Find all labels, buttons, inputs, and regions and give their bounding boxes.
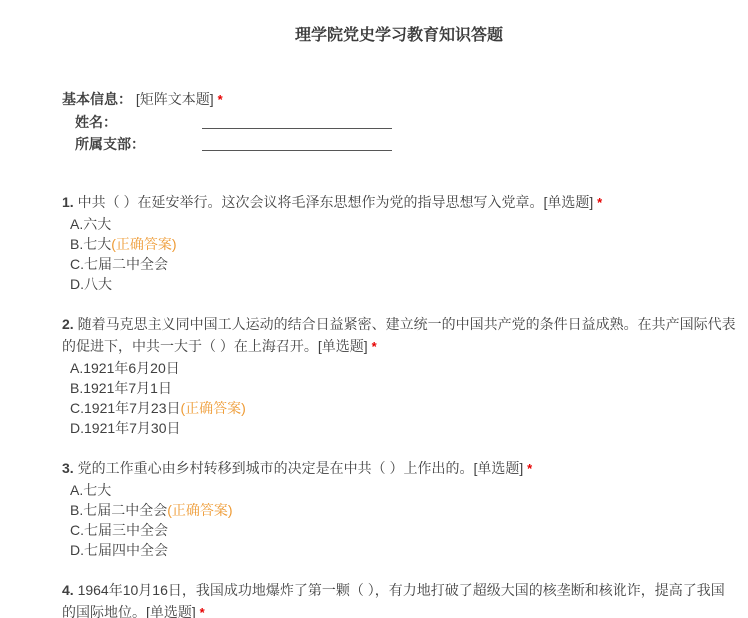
name-field-row: 姓名： — [62, 111, 736, 133]
required-asterisk: * — [527, 461, 532, 476]
option-label: D.1921年7月30日 — [70, 420, 181, 436]
option-row-a[interactable]: A.六大 — [62, 214, 736, 234]
name-field-label: 姓名： — [62, 111, 202, 133]
option-row-b[interactable]: B.1921年7月1日 — [62, 378, 736, 398]
basic-info-section: 基本信息： [矩阵文本题] * 姓名： 所属支部： — [62, 88, 736, 155]
question-block-3: 3. 党的工作重心由乡村转移到城市的决定是在中共（ ）上作出的。[单选题] * … — [62, 457, 736, 560]
question-type-tag: [单选题] — [146, 604, 196, 618]
option-row-c[interactable]: C.七届三中全会 — [62, 520, 736, 540]
question-title: 3. 党的工作重心由乡村转移到城市的决定是在中共（ ）上作出的。[单选题] * — [62, 457, 736, 480]
question-text: 中共（ ）在延安举行。这次会议将毛泽东思想作为党的指导思想写入党章。 — [78, 194, 544, 210]
question-title: 1. 中共（ ）在延安举行。这次会议将毛泽东思想作为党的指导思想写入党章。[单选… — [62, 191, 736, 214]
question-text: 随着马克思主义同中国工人运动的结合日益紧密、建立统一的中国共产党的条件日益成熟。… — [62, 316, 736, 354]
option-row-a[interactable]: A.1921年6月20日 — [62, 358, 736, 378]
question-list: 1. 中共（ ）在延安举行。这次会议将毛泽东思想作为党的指导思想写入党章。[单选… — [62, 191, 736, 618]
option-row-a[interactable]: A.七大 — [62, 480, 736, 500]
option-label: C.七届二中全会 — [70, 256, 168, 272]
required-asterisk: * — [200, 605, 205, 618]
branch-input-line[interactable] — [202, 133, 392, 151]
option-row-d[interactable]: D.八大 — [62, 274, 736, 294]
option-group: A.七大 B.七届二中全会(正确答案) C.七届三中全会 D.七届四中全会 — [62, 480, 736, 560]
option-label: D.七届四中全会 — [70, 542, 168, 558]
option-label: B.七大 — [70, 236, 111, 252]
option-row-b[interactable]: B.七届二中全会(正确答案) — [62, 500, 736, 520]
question-block-1: 1. 中共（ ）在延安举行。这次会议将毛泽东思想作为党的指导思想写入党章。[单选… — [62, 191, 736, 294]
option-group: A.1921年6月20日 B.1921年7月1日 C.1921年7月23日(正确… — [62, 358, 736, 438]
option-label: C.七届三中全会 — [70, 522, 168, 538]
question-number: 2. — [62, 316, 74, 332]
option-row-c[interactable]: C.1921年7月23日(正确答案) — [62, 398, 736, 418]
question-text: 党的工作重心由乡村转移到城市的决定是在中共（ ）上作出的。 — [78, 460, 474, 476]
required-asterisk: * — [218, 92, 223, 107]
question-title: 2. 随着马克思主义同中国工人运动的结合日益紧密、建立统一的中国共产党的条件日益… — [62, 313, 736, 358]
branch-field-label: 所属支部： — [62, 133, 202, 155]
option-label: B.1921年7月1日 — [70, 380, 172, 396]
option-label: A.1921年6月20日 — [70, 360, 180, 376]
question-number: 1. — [62, 194, 74, 210]
option-group: A.六大 B.七大(正确答案) C.七届二中全会 D.八大 — [62, 214, 736, 294]
basic-info-label: 基本信息： — [62, 91, 132, 107]
basic-info-type-tag: [矩阵文本题] — [136, 91, 214, 107]
required-asterisk: * — [597, 195, 602, 210]
required-asterisk: * — [372, 339, 377, 354]
option-row-c[interactable]: C.七届二中全会 — [62, 254, 736, 274]
basic-info-header: 基本信息： [矩阵文本题] * — [62, 88, 736, 111]
question-type-tag: [单选题] — [473, 460, 523, 476]
option-row-d[interactable]: D.1921年7月30日 — [62, 418, 736, 438]
question-type-tag: [单选题] — [543, 194, 593, 210]
question-type-tag: [单选题] — [318, 338, 368, 354]
correct-answer-tag: (正确答案) — [181, 400, 246, 416]
branch-field-row: 所属支部： — [62, 133, 736, 155]
correct-answer-tag: (正确答案) — [167, 502, 232, 518]
question-title: 4. 1964年10月16日，我国成功地爆炸了第一颗（ ），有力地打破了超级大国… — [62, 579, 736, 618]
correct-answer-tag: (正确答案) — [111, 236, 176, 252]
option-row-b[interactable]: B.七大(正确答案) — [62, 234, 736, 254]
question-block-4: 4. 1964年10月16日，我国成功地爆炸了第一颗（ ），有力地打破了超级大国… — [62, 579, 736, 618]
option-label: C.1921年7月23日 — [70, 400, 181, 416]
question-number: 4. — [62, 582, 74, 598]
question-block-2: 2. 随着马克思主义同中国工人运动的结合日益紧密、建立统一的中国共产党的条件日益… — [62, 313, 736, 438]
option-row-d[interactable]: D.七届四中全会 — [62, 540, 736, 560]
option-label: D.八大 — [70, 276, 112, 292]
question-number: 3. — [62, 460, 74, 476]
questionnaire-page: 理学院党史学习教育知识答题 基本信息： [矩阵文本题] * 姓名： 所属支部： … — [0, 0, 748, 618]
option-label: A.七大 — [70, 482, 111, 498]
page-title: 理学院党史学习教育知识答题 — [62, 24, 736, 48]
option-label: A.六大 — [70, 216, 111, 232]
option-label: B.七届二中全会 — [70, 502, 167, 518]
name-input-line[interactable] — [202, 111, 392, 129]
